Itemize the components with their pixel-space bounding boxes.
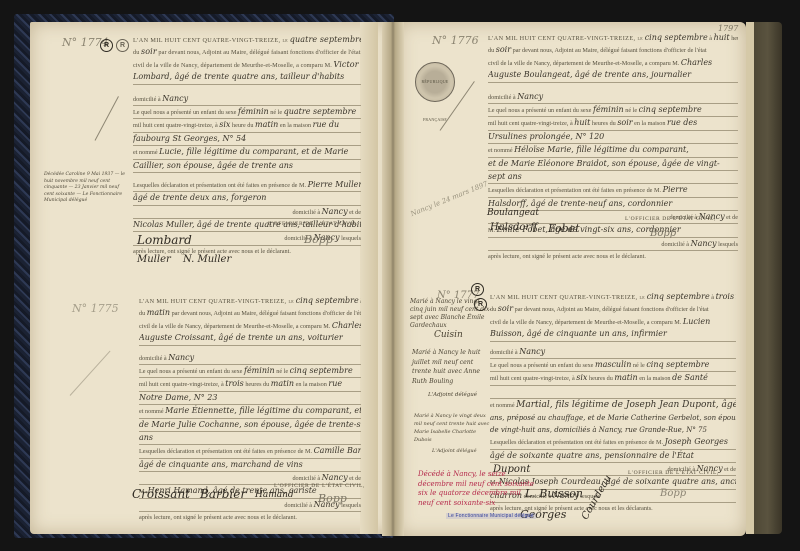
signature: Barbier [200, 487, 246, 501]
act-number: N° 1775 [72, 302, 119, 315]
margin-note-marriage-2: Marié à Nancy le huit juillet mil neuf c… [412, 348, 494, 386]
officer-label: L'OFFICIER DE L'ÉTAT CIVIL, [274, 483, 365, 489]
act-number: N° 1776 [432, 34, 479, 47]
signature: N. Muller [183, 254, 231, 265]
margin-note-marriage-1: Marié à Nancy le vingt cinq juin mil neu… [410, 298, 494, 330]
signature: Croissant [132, 487, 190, 501]
act-line: L'AN MIL HUIT CENT QUATRE-VINGT-TREIZE, … [133, 34, 361, 46]
death-annotation: Décédé à Nancy, le seize décembre mil ne… [418, 470, 538, 508]
officer-label: L'OFFICIER DE L'ÉTAT CIVIL, [268, 221, 359, 227]
book-gutter [382, 22, 404, 536]
margin-note-marriage-3: Marié à Nancy le vingt deux mil neuf cen… [414, 412, 494, 444]
right-page-stack [746, 22, 782, 534]
signature: Muller [137, 254, 171, 265]
r-stamp-icon: R [100, 39, 113, 52]
r-stamp-icon: R [116, 39, 129, 52]
officer-signature: Bopp [318, 492, 347, 505]
officer-label: L'OFFICIER DE L'ÉTAT CIVIL, [628, 470, 719, 476]
signature: Fobet [548, 222, 580, 235]
officer-signature: Bopp [660, 488, 686, 499]
margin-note-signature: L'Adjoint délégué [428, 390, 477, 400]
open-register-book: N° 1774 R R L'AN MIL HUIT CENT QUATRE-VI… [0, 0, 800, 551]
republique-francaise-seal-icon: RÉPUBLIQUE FRANÇAISE [415, 62, 455, 102]
left-page-edge [360, 22, 378, 534]
margin-note-name: Cuisin [434, 330, 463, 340]
official-stamp: Le Fonctionnaire Municipal délégué [446, 513, 536, 519]
signature: Lombard [137, 233, 192, 247]
officer-signature: Bopp [304, 233, 333, 246]
signature: Hamand [255, 490, 294, 500]
signature: Halsdorff [490, 222, 537, 233]
officer-label: L'OFFICIER DE L'ÉTAT CIVIL, [625, 216, 716, 222]
r-stamp-icon: R [471, 283, 484, 296]
margin-note-signature: L'Adjoint délégué [432, 446, 477, 456]
officer-signature: Bopp [650, 228, 676, 239]
margin-note: Décédée Caroline 9 Mai 1937 — le huit no… [44, 172, 130, 205]
signature: Boulangeat [487, 208, 539, 218]
